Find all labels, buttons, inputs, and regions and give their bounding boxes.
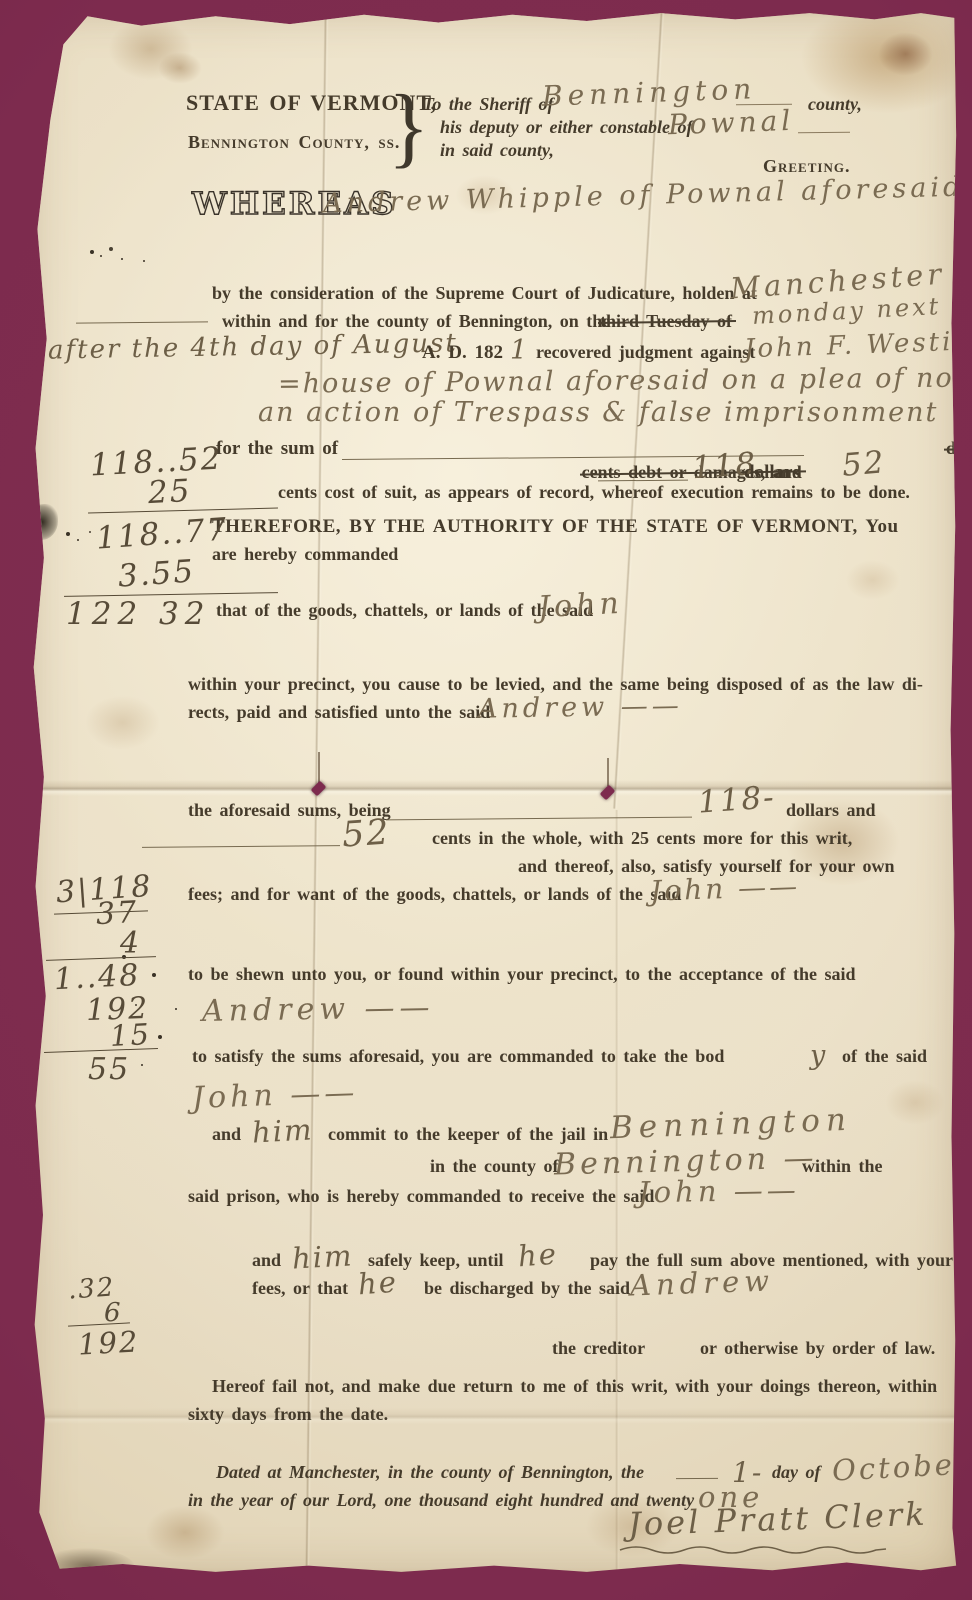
commit-him-handwritten: him: [251, 1112, 314, 1149]
recital-ad-year-handwritten: 1: [510, 335, 529, 366]
hereof-line-2: sixty days from the date.: [188, 1404, 388, 1425]
ink-blob-left-edge: [26, 504, 58, 540]
shewn-line: to be shewn unto you, or found within yo…: [188, 964, 856, 985]
prison-line: said prison, who is hereby commanded to …: [188, 1186, 654, 1207]
header-county-word: county,: [808, 94, 862, 115]
keep-and: and: [252, 1250, 281, 1271]
horizontal-fold-crease-lower: [30, 1408, 958, 1424]
keep-he1-handwritten: he: [517, 1237, 559, 1274]
recital-debtor-handwritten: John F. Westing: [744, 326, 972, 365]
commit-and: and: [212, 1124, 241, 1145]
header-deputy-town-handwritten: Pownal: [667, 104, 794, 141]
commit-line: commit to the keeper of the jail in: [328, 1124, 608, 1145]
take-name-handwritten: John ——: [191, 1075, 358, 1116]
cents-blank-line: [142, 845, 340, 848]
fold-slit-left: [318, 752, 320, 784]
body-y-handwritten: y: [810, 1040, 827, 1071]
satisfy-line: to satisfy the sums aforesaid, you are c…: [192, 1046, 724, 1067]
within-the: within the: [802, 1156, 883, 1177]
header-county-line: Bennington County, ss.: [188, 132, 400, 153]
cents-whole-line: cents in the whole, with 25 cents more f…: [432, 828, 852, 849]
margin-calc3-row7: 55: [88, 1052, 130, 1087]
smudge-bottom-left-corner: [40, 1548, 135, 1584]
keep-he2-handwritten: he: [357, 1265, 399, 1302]
fees-name-handwritten: John ——: [649, 869, 800, 907]
recital-after-handwritten: after the 4th day of August: [48, 328, 458, 365]
dated-line: Dated at Manchester, in the county of Be…: [216, 1462, 644, 1483]
therefore-line: THEREFORE, BY THE AUTHORITY OF THE STATE…: [212, 516, 899, 538]
header-deputy-line: his deputy or either constable of: [440, 117, 693, 138]
receive-name-handwritten: John ——: [638, 1173, 800, 1210]
margin-calc1-row2: 25: [147, 473, 192, 511]
margin-calc2-row2: 3.55: [117, 553, 196, 594]
fees-or-line: fees, or that: [252, 1278, 348, 1299]
jail-town-handwritten: Bennington: [609, 1102, 852, 1146]
recital-action-handwritten: an action of Trespass & false imprisonme…: [258, 397, 938, 428]
keep-him-handwritten: him: [291, 1238, 354, 1275]
stain-foxing-3: [885, 1080, 945, 1125]
creditor-label: the creditor: [552, 1338, 645, 1359]
sum-label: for the sum of: [216, 438, 338, 460]
ink-specks-upper: [90, 250, 94, 254]
recital-struck-third-tuesday: third Tuesday of: [600, 311, 732, 331]
header-in-said-county: in said county,: [440, 140, 554, 161]
sum-struck-dollars: dollars and: [946, 438, 972, 458]
day-of-label: day of: [772, 1462, 820, 1483]
total-cents-handwritten: 52: [341, 812, 392, 855]
otherwise-line: or otherwise by order of law.: [700, 1338, 935, 1359]
margin-calc2-total: 122 32: [66, 596, 210, 632]
of-the-said: of the said: [842, 1046, 927, 1067]
recital-consideration: by the consideration of the Supreme Cour…: [212, 283, 757, 304]
header-to-sheriff: To the Sheriff of: [423, 94, 554, 115]
total-dollars-handwritten: 118-: [697, 779, 777, 820]
recital-recovered: recovered judgment against: [536, 342, 755, 363]
sum-cents-cost-line: cents cost of suit, as appears of record…: [278, 482, 910, 503]
shewn-name-handwritten: Andrew ——: [202, 990, 435, 1029]
stain-top-left-2: [158, 52, 202, 84]
aforesaid-dollars-word: dollars and: [786, 800, 876, 821]
stain-left-mid: [85, 695, 160, 750]
aforesaid-blank-line: [386, 817, 692, 821]
ink-specks-left-edge: [66, 532, 70, 536]
discharged-line: be discharged by the said: [424, 1278, 630, 1299]
hereof-line-1: Hereof fail not, and make due return to …: [212, 1376, 937, 1397]
commanded-line: are hereby commanded: [212, 544, 398, 565]
sum-dollars-word: dollars: [744, 462, 800, 484]
signature-flourish: [618, 1542, 890, 1556]
fees-line: fees; and for want of the goods, chattel…: [188, 884, 681, 905]
horizontal-fold-crease: [30, 780, 958, 796]
header-brace: }: [388, 74, 429, 179]
dated-dash: [676, 1478, 718, 1479]
header-greeting: Greeting.: [763, 156, 850, 177]
discharged-name-handwritten: Andrew: [629, 1263, 774, 1302]
stain-bottom-left: [145, 1505, 225, 1560]
stain-foxing-2: [845, 560, 900, 600]
recital-blank-dash: [76, 321, 208, 323]
margin-calc2-row1: 118..77: [95, 511, 230, 556]
photo-background: STATE OF VERMONT, Bennington County, ss.…: [0, 0, 972, 1600]
sum-cents-handwritten: 52: [841, 444, 887, 484]
recital-ad-label: A. D. 182: [422, 342, 503, 364]
fold-slit-right: [607, 758, 609, 786]
recital-debtor-line2-handwritten: =house of Pownal aforesaid on a plea of …: [278, 361, 972, 399]
header-dash-2: [798, 132, 850, 133]
satisfied-name-handwritten: Andrew ——: [478, 690, 683, 725]
margin-calc4-total: 192: [77, 1324, 140, 1361]
year-line: in the year of our Lord, one thousand ei…: [188, 1490, 694, 1511]
document-paper: STATE OF VERMONT, Bennington County, ss.…: [30, 10, 958, 1575]
whereas-name-handwritten: Andrew Whipple of Pownal aforesaid: [323, 172, 965, 220]
stain-top-right-dark: [878, 32, 933, 76]
goods-line: that of the goods, chattels, or lands of…: [216, 600, 593, 621]
month-handwritten: October: [831, 1446, 972, 1487]
precinct-line-2: rects, paid and satisfied unto the said: [188, 702, 490, 723]
goods-name-handwritten: John: [537, 586, 623, 625]
in-county-of: in the county of: [430, 1156, 559, 1177]
